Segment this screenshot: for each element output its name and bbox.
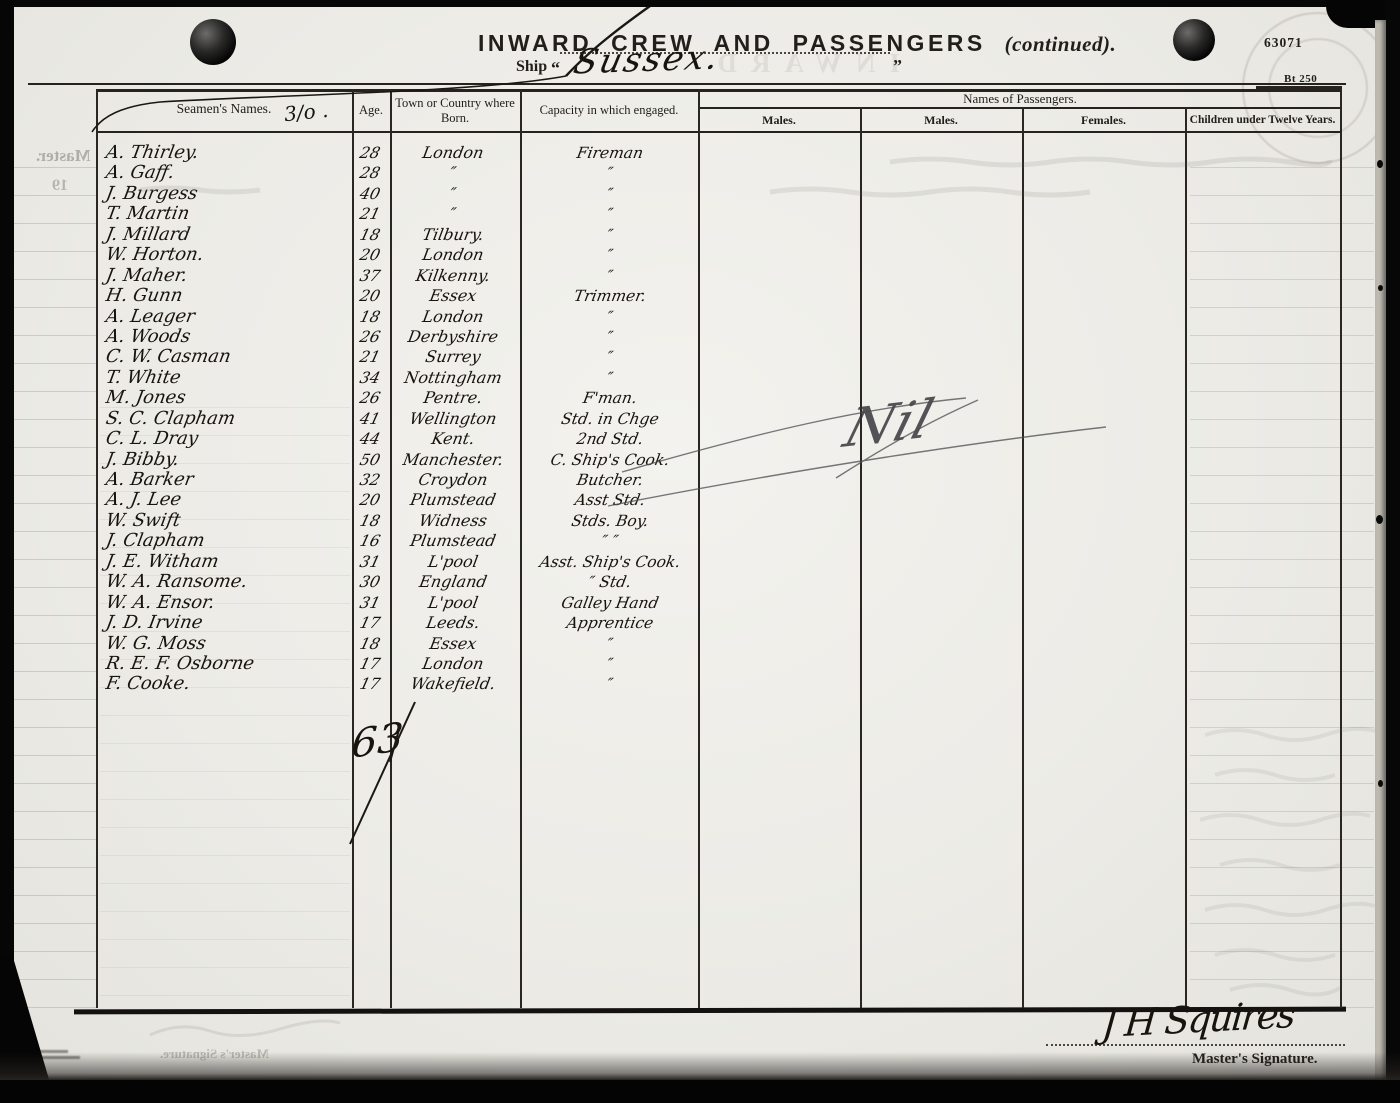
seaman-town-born: Plumstead (390, 490, 516, 510)
crew-row: J. Burgess 40 ″ ″ (96, 184, 1340, 204)
seaman-age: 20 (349, 245, 390, 265)
bleedthrough-signature-squiggle (150, 1021, 340, 1036)
seaman-age: 40 (349, 184, 390, 204)
seaman-name: J. Maher. (104, 266, 354, 286)
seaman-capacity: ″ Std. (520, 572, 700, 592)
scanned-document-page: INWARD Master. 19 Master's Signature. 63… (0, 0, 1400, 1103)
crew-row: J. E. Witham 31 L'pool Asst. Ship's Cook… (96, 552, 1340, 572)
crew-row: A. Gaff. 28 ″ ″ (96, 163, 1340, 183)
seaman-capacity: ″ (520, 634, 700, 654)
seaman-capacity: Apprentice (520, 613, 700, 633)
seaman-age: 28 (349, 143, 390, 163)
crew-row: T. Martin 21 ″ ″ (96, 204, 1340, 224)
seaman-age: 17 (349, 613, 390, 633)
bleedthrough-ruled-lines-left (14, 140, 98, 1025)
seaman-age: 16 (349, 531, 390, 551)
seaman-age: 31 (349, 593, 390, 613)
paper-edge-right (1375, 20, 1386, 1090)
seaman-age: 50 (349, 450, 390, 470)
seaman-name: W. Horton. (104, 245, 354, 265)
seaman-capacity: ″ (520, 204, 700, 224)
seaman-age: 28 (349, 163, 390, 183)
seaman-capacity: Galley Hand (520, 593, 700, 613)
crew-row: T. White 34 Nottingham ″ (96, 368, 1340, 388)
seaman-capacity: ″ (520, 163, 700, 183)
seaman-town-born: Leeds. (390, 613, 516, 633)
seaman-capacity: ″ (520, 266, 700, 286)
top-rule (28, 83, 1346, 85)
crew-row: J. Maher. 37 Kilkenny. ″ (96, 266, 1340, 286)
crew-row: J. Millard 18 Tilbury. ″ (96, 225, 1340, 245)
crew-row: C. W. Casman 21 Surrey ″ (96, 347, 1340, 367)
seaman-town-born: Manchester. (390, 450, 516, 470)
punch-hole-right (1173, 19, 1215, 61)
header-capacity: Capacity in which engaged. (522, 103, 696, 118)
seaman-capacity: ″ ″ (520, 531, 700, 551)
seaman-age: 44 (349, 429, 390, 449)
seaman-name: J. D. Irvine (104, 613, 354, 633)
scan-edge-bottom (0, 1080, 1400, 1103)
seaman-capacity: ″ (520, 327, 700, 347)
seaman-town-born: London (390, 245, 516, 265)
ship-name: Sussex. (570, 37, 724, 82)
seaman-age: 18 (349, 634, 390, 654)
crew-row: W. A. Ensor. 31 L'pool Galley Hand (96, 593, 1340, 613)
signature-line (1046, 1044, 1345, 1046)
crew-rows: A. Thirley. 28 London Fireman A. Gaff. 2… (96, 143, 1340, 695)
seaman-capacity: Fireman (520, 143, 700, 163)
seaman-town-born: ″ (390, 163, 516, 183)
seaman-capacity: Trimmer. (520, 286, 700, 306)
open-quote: “ (551, 58, 560, 79)
crew-tally-annotation: 63 (350, 714, 404, 767)
seaman-age: 20 (349, 286, 390, 306)
seaman-name: W. G. Moss (104, 634, 354, 654)
seaman-name: A. J. Lee (104, 490, 354, 510)
master-signature: J H Squires (1100, 993, 1295, 1046)
scan-edge-top (0, 0, 1400, 7)
crew-row: W. Swift 18 Widness Stds. Boy. (96, 511, 1340, 531)
seaman-capacity: ″ (520, 225, 700, 245)
seaman-capacity: ″ (520, 184, 700, 204)
seaman-age: 26 (349, 327, 390, 347)
crew-row: C. L. Dray 44 Kent. 2nd Std. (96, 429, 1340, 449)
crew-row: W. A. Ransome. 30 England ″ Std. (96, 572, 1340, 592)
seaman-age: 34 (349, 368, 390, 388)
crew-row: J. D. Irvine 17 Leeds. Apprentice (96, 613, 1340, 633)
seaman-town-born: L'pool (390, 552, 516, 572)
seaman-town-born: Essex (390, 286, 516, 306)
seaman-capacity: ″ (520, 347, 700, 367)
seaman-town-born: Surrey (390, 347, 516, 367)
seaman-town-born: Nottingham (390, 368, 516, 388)
close-quote: ” (893, 56, 902, 77)
seaman-capacity: Butcher. (520, 470, 700, 490)
seaman-capacity: Asst Std. (520, 490, 700, 510)
seaman-town-born: Tilbury. (390, 225, 516, 245)
scan-edge-left (0, 0, 14, 1103)
seaman-town-born: L'pool (390, 593, 516, 613)
bleedthrough-master-word: Master. (36, 146, 91, 166)
seaman-name: S. C. Clapham (104, 409, 354, 429)
crew-row: F. Cooke. 17 Wakefield. ″ (96, 674, 1340, 694)
crew-row: R. E. F. Osborne 17 London ″ (96, 654, 1340, 674)
passengers-header-divider (698, 107, 1342, 109)
seaman-name: T. White (104, 368, 354, 388)
header-males-2: Males. (860, 113, 1022, 128)
seaman-town-born: ″ (390, 204, 516, 224)
seaman-capacity: ″ (520, 368, 700, 388)
seaman-age: 17 (349, 674, 390, 694)
seaman-name: C. W. Casman (104, 347, 354, 367)
seaman-age: 37 (349, 266, 390, 286)
seaman-capacity: Stds. Boy. (520, 511, 700, 531)
seaman-name: A. Gaff. (104, 163, 354, 183)
seaman-capacity: Std. in Chge (520, 409, 700, 429)
seaman-age: 21 (349, 347, 390, 367)
seaman-town-born: Wellington (390, 409, 516, 429)
seaman-name: W. A. Ensor. (104, 593, 354, 613)
seaman-name: H. Gunn (104, 286, 354, 306)
seaman-town-born: Plumstead (390, 531, 516, 551)
seaman-town-born: London (390, 307, 516, 327)
seaman-age: 18 (349, 225, 390, 245)
seaman-name: A. Woods (104, 327, 354, 347)
seaman-name: J. E. Witham (104, 552, 354, 572)
table-header-bottom-border (96, 131, 1342, 133)
crew-row: J. Bibby. 50 Manchester. C. Ship's Cook. (96, 450, 1340, 470)
header-passengers-group: Names of Passengers. (698, 91, 1342, 106)
bleedthrough-number: 19 (52, 177, 68, 195)
seaman-name: M. Jones (104, 388, 354, 408)
seaman-town-born: Kilkenny. (390, 266, 516, 286)
seaman-name: J. Burgess (104, 184, 354, 204)
seaman-age: 20 (349, 490, 390, 510)
crew-row: J. Clapham 16 Plumstead ″ ″ (96, 531, 1340, 551)
header-children: Children under Twelve Years. (1185, 113, 1340, 128)
seaman-town-born: Wakefield. (390, 674, 516, 694)
seaman-age: 32 (349, 470, 390, 490)
seaman-town-born: Derbyshire (390, 327, 516, 347)
seaman-name: J. Clapham (104, 531, 354, 551)
seaman-age: 17 (349, 654, 390, 674)
seaman-town-born: Kent. (390, 429, 516, 449)
seaman-age: 21 (349, 204, 390, 224)
seaman-town-born: England (390, 572, 516, 592)
crew-row: A. Thirley. 28 London Fireman (96, 143, 1340, 163)
ship-label: Ship (516, 58, 547, 76)
crew-row: A. J. Lee 20 Plumstead Asst Std. (96, 490, 1340, 510)
header-females: Females. (1022, 113, 1185, 128)
page-title-continued: (continued). (1005, 32, 1117, 56)
seaman-name: A. Leager (104, 307, 354, 327)
punch-hole-left (190, 19, 236, 65)
seaman-name: A. Thirley. (104, 143, 354, 163)
seaman-capacity: Asst. Ship's Cook. (520, 552, 700, 572)
crew-row: A. Leager 18 London ″ (96, 307, 1340, 327)
seaman-name: J. Bibby. (104, 450, 354, 470)
seaman-name: W. A. Ransome. (104, 572, 354, 592)
crew-row: H. Gunn 20 Essex Trimmer. (96, 286, 1340, 306)
seaman-age: 31 (349, 552, 390, 572)
seaman-capacity: C. Ship's Cook. (520, 450, 700, 470)
seaman-name: W. Swift (104, 511, 354, 531)
page-bottom-shadow (0, 1052, 1400, 1080)
seaman-capacity: ″ (520, 307, 700, 327)
seaman-capacity: ″ (520, 674, 700, 694)
seaman-name: A. Barker (104, 470, 354, 490)
form-number: 63071 (1264, 35, 1303, 51)
table-right-border (1340, 89, 1342, 1008)
seaman-name: F. Cooke. (104, 674, 354, 694)
seaman-capacity: F'man. (520, 388, 700, 408)
seaman-age: 18 (349, 511, 390, 531)
seaman-town-born: Croydon (390, 470, 516, 490)
crew-row: A. Woods 26 Derbyshire ″ (96, 327, 1340, 347)
crew-row: A. Barker 32 Croydon Butcher. (96, 470, 1340, 490)
seaman-age: 18 (349, 307, 390, 327)
header-males-1: Males. (698, 113, 860, 128)
crew-row: S. C. Clapham 41 Wellington Std. in Chge (96, 409, 1340, 429)
crew-row: M. Jones 26 Pentre. F'man. (96, 388, 1340, 408)
seaman-capacity: 2nd Std. (520, 429, 700, 449)
seaman-age: 26 (349, 388, 390, 408)
officer-mark-annotation: 3/o . (283, 98, 329, 126)
seaman-town-born: Widness (390, 511, 516, 531)
seaman-capacity: ″ (520, 245, 700, 265)
seaman-town-born: London (390, 143, 516, 163)
header-age: Age. (352, 103, 390, 118)
seaman-age: 30 (349, 572, 390, 592)
seaman-name: R. E. F. Osborne (104, 654, 354, 674)
seaman-town-born: Essex (390, 634, 516, 654)
seaman-town-born: London (390, 654, 516, 674)
crew-row: W. G. Moss 18 Essex ″ (96, 634, 1340, 654)
seaman-name: C. L. Dray (104, 429, 354, 449)
seaman-town-born: Pentre. (390, 388, 516, 408)
seaman-name: T. Martin (104, 204, 354, 224)
scan-edge-right (1386, 0, 1400, 1103)
crew-row: W. Horton. 20 London ″ (96, 245, 1340, 265)
seaman-age: 41 (349, 409, 390, 429)
seaman-town-born: ″ (390, 184, 516, 204)
seaman-capacity: ″ (520, 654, 700, 674)
seaman-name: J. Millard (104, 225, 354, 245)
header-town: Town or Country where Born. (392, 96, 518, 126)
